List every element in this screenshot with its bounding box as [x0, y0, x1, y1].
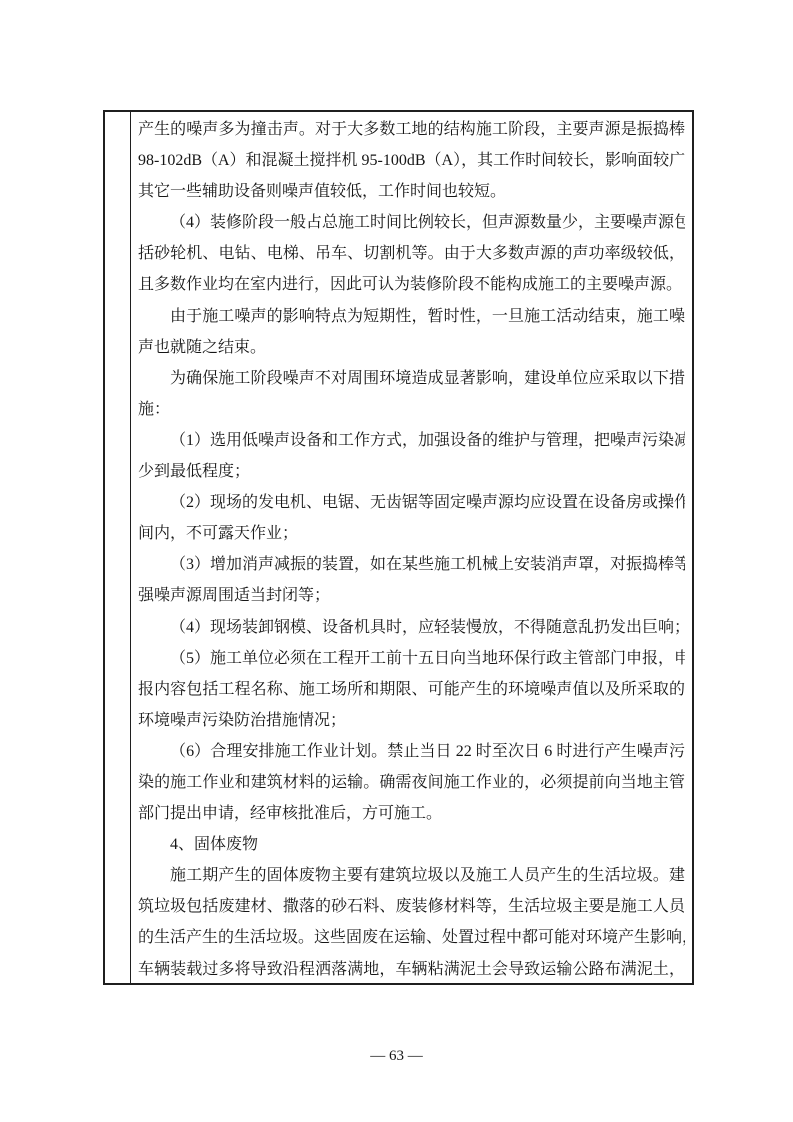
table-text-cell: 产生的噪声多为撞击声。对于大多数工地的结构施工阶段，主要声源是振捣棒98-102…	[131, 112, 692, 983]
text-line: （4）现场装卸钢模、设备机具时，应轻装慢放，不得随意乱扔发出巨响；	[138, 612, 685, 643]
content-table: 产生的噪声多为撞击声。对于大多数工地的结构施工阶段，主要声源是振捣棒98-102…	[103, 110, 694, 985]
text-line: 施：	[138, 394, 685, 425]
text-line: （4）装修阶段一般占总施工时间比例较长，但声源数量少，主要噪声源包	[138, 207, 685, 238]
document-page: 产生的噪声多为撞击声。对于大多数工地的结构施工阶段，主要声源是振捣棒98-102…	[0, 0, 793, 1122]
text-line: 产生的噪声多为撞击声。对于大多数工地的结构施工阶段，主要声源是振捣棒	[138, 114, 685, 145]
text-line: 且多数作业均在室内进行，因此可认为装修阶段不能构成施工的主要噪声源。	[138, 269, 685, 300]
text-line: 染的施工作业和建筑材料的运输。确需夜间施工作业的，必须提前向当地主管	[138, 767, 685, 798]
text-line: 为确保施工阶段噪声不对周围环境造成显著影响，建设单位应采取以下措	[138, 363, 685, 394]
text-line: 的生活产生的生活垃圾。这些固废在运输、处置过程中都可能对环境产生影响，	[138, 922, 685, 953]
text-line: （5）施工单位必须在工程开工前十五日向当地环保行政主管部门申报，申	[138, 643, 685, 674]
text-line: 环境噪声污染防治措施情况；	[138, 705, 685, 736]
text-line: 施工期产生的固体废物主要有建筑垃圾以及施工人员产生的生活垃圾。建	[138, 860, 685, 891]
text-line: 4、固体废物	[138, 829, 685, 860]
text-lines: 产生的噪声多为撞击声。对于大多数工地的结构施工阶段，主要声源是振捣棒98-102…	[138, 114, 685, 983]
text-line: 声也就随之结束。	[138, 332, 685, 363]
text-line: 间内，不可露天作业；	[138, 518, 685, 549]
text-line: （2）现场的发电机、电锯、无齿锯等固定噪声源均应设置在设备房或操作	[138, 487, 685, 518]
text-line: 括砂轮机、电钻、电梯、吊车、切割机等。由于大多数声源的声功率级较低，	[138, 238, 685, 269]
text-line: 部门提出申请，经审核批准后，方可施工。	[138, 798, 685, 829]
text-line: 少到最低程度；	[138, 456, 685, 487]
text-line: 其它一些辅助设备则噪声值较低，工作时间也较短。	[138, 176, 685, 207]
text-line: 筑垃圾包括废建材、撒落的砂石料、废装修材料等，生活垃圾主要是施工人员	[138, 891, 685, 922]
text-line: 车辆装载过多将导致沿程洒落满地，车辆粘满泥土会导致运输公路布满泥土，	[138, 954, 685, 983]
text-line: （3）增加消声减振的装置，如在某些施工机械上安装消声罩，对振捣棒等	[138, 549, 685, 580]
text-line: 由于施工噪声的影响特点为短期性，暂时性，一旦施工活动结束，施工噪	[138, 301, 685, 332]
page-number: — 63 —	[0, 1046, 793, 1066]
table-left-gutter-cell	[105, 112, 131, 983]
text-line: （6）合理安排施工作业计划。禁止当日 22 时至次日 6 时进行产生噪声污	[138, 736, 685, 767]
text-line: 98-102dB（A）和混凝土搅拌机 95-100dB（A），其工作时间较长，影…	[138, 145, 685, 176]
text-line: 强噪声源周围适当封闭等；	[138, 580, 685, 611]
text-line: （1）选用低噪声设备和工作方式，加强设备的维护与管理，把噪声污染减	[138, 425, 685, 456]
text-line: 报内容包括工程名称、施工场所和期限、可能产生的环境噪声值以及所采取的	[138, 674, 685, 705]
